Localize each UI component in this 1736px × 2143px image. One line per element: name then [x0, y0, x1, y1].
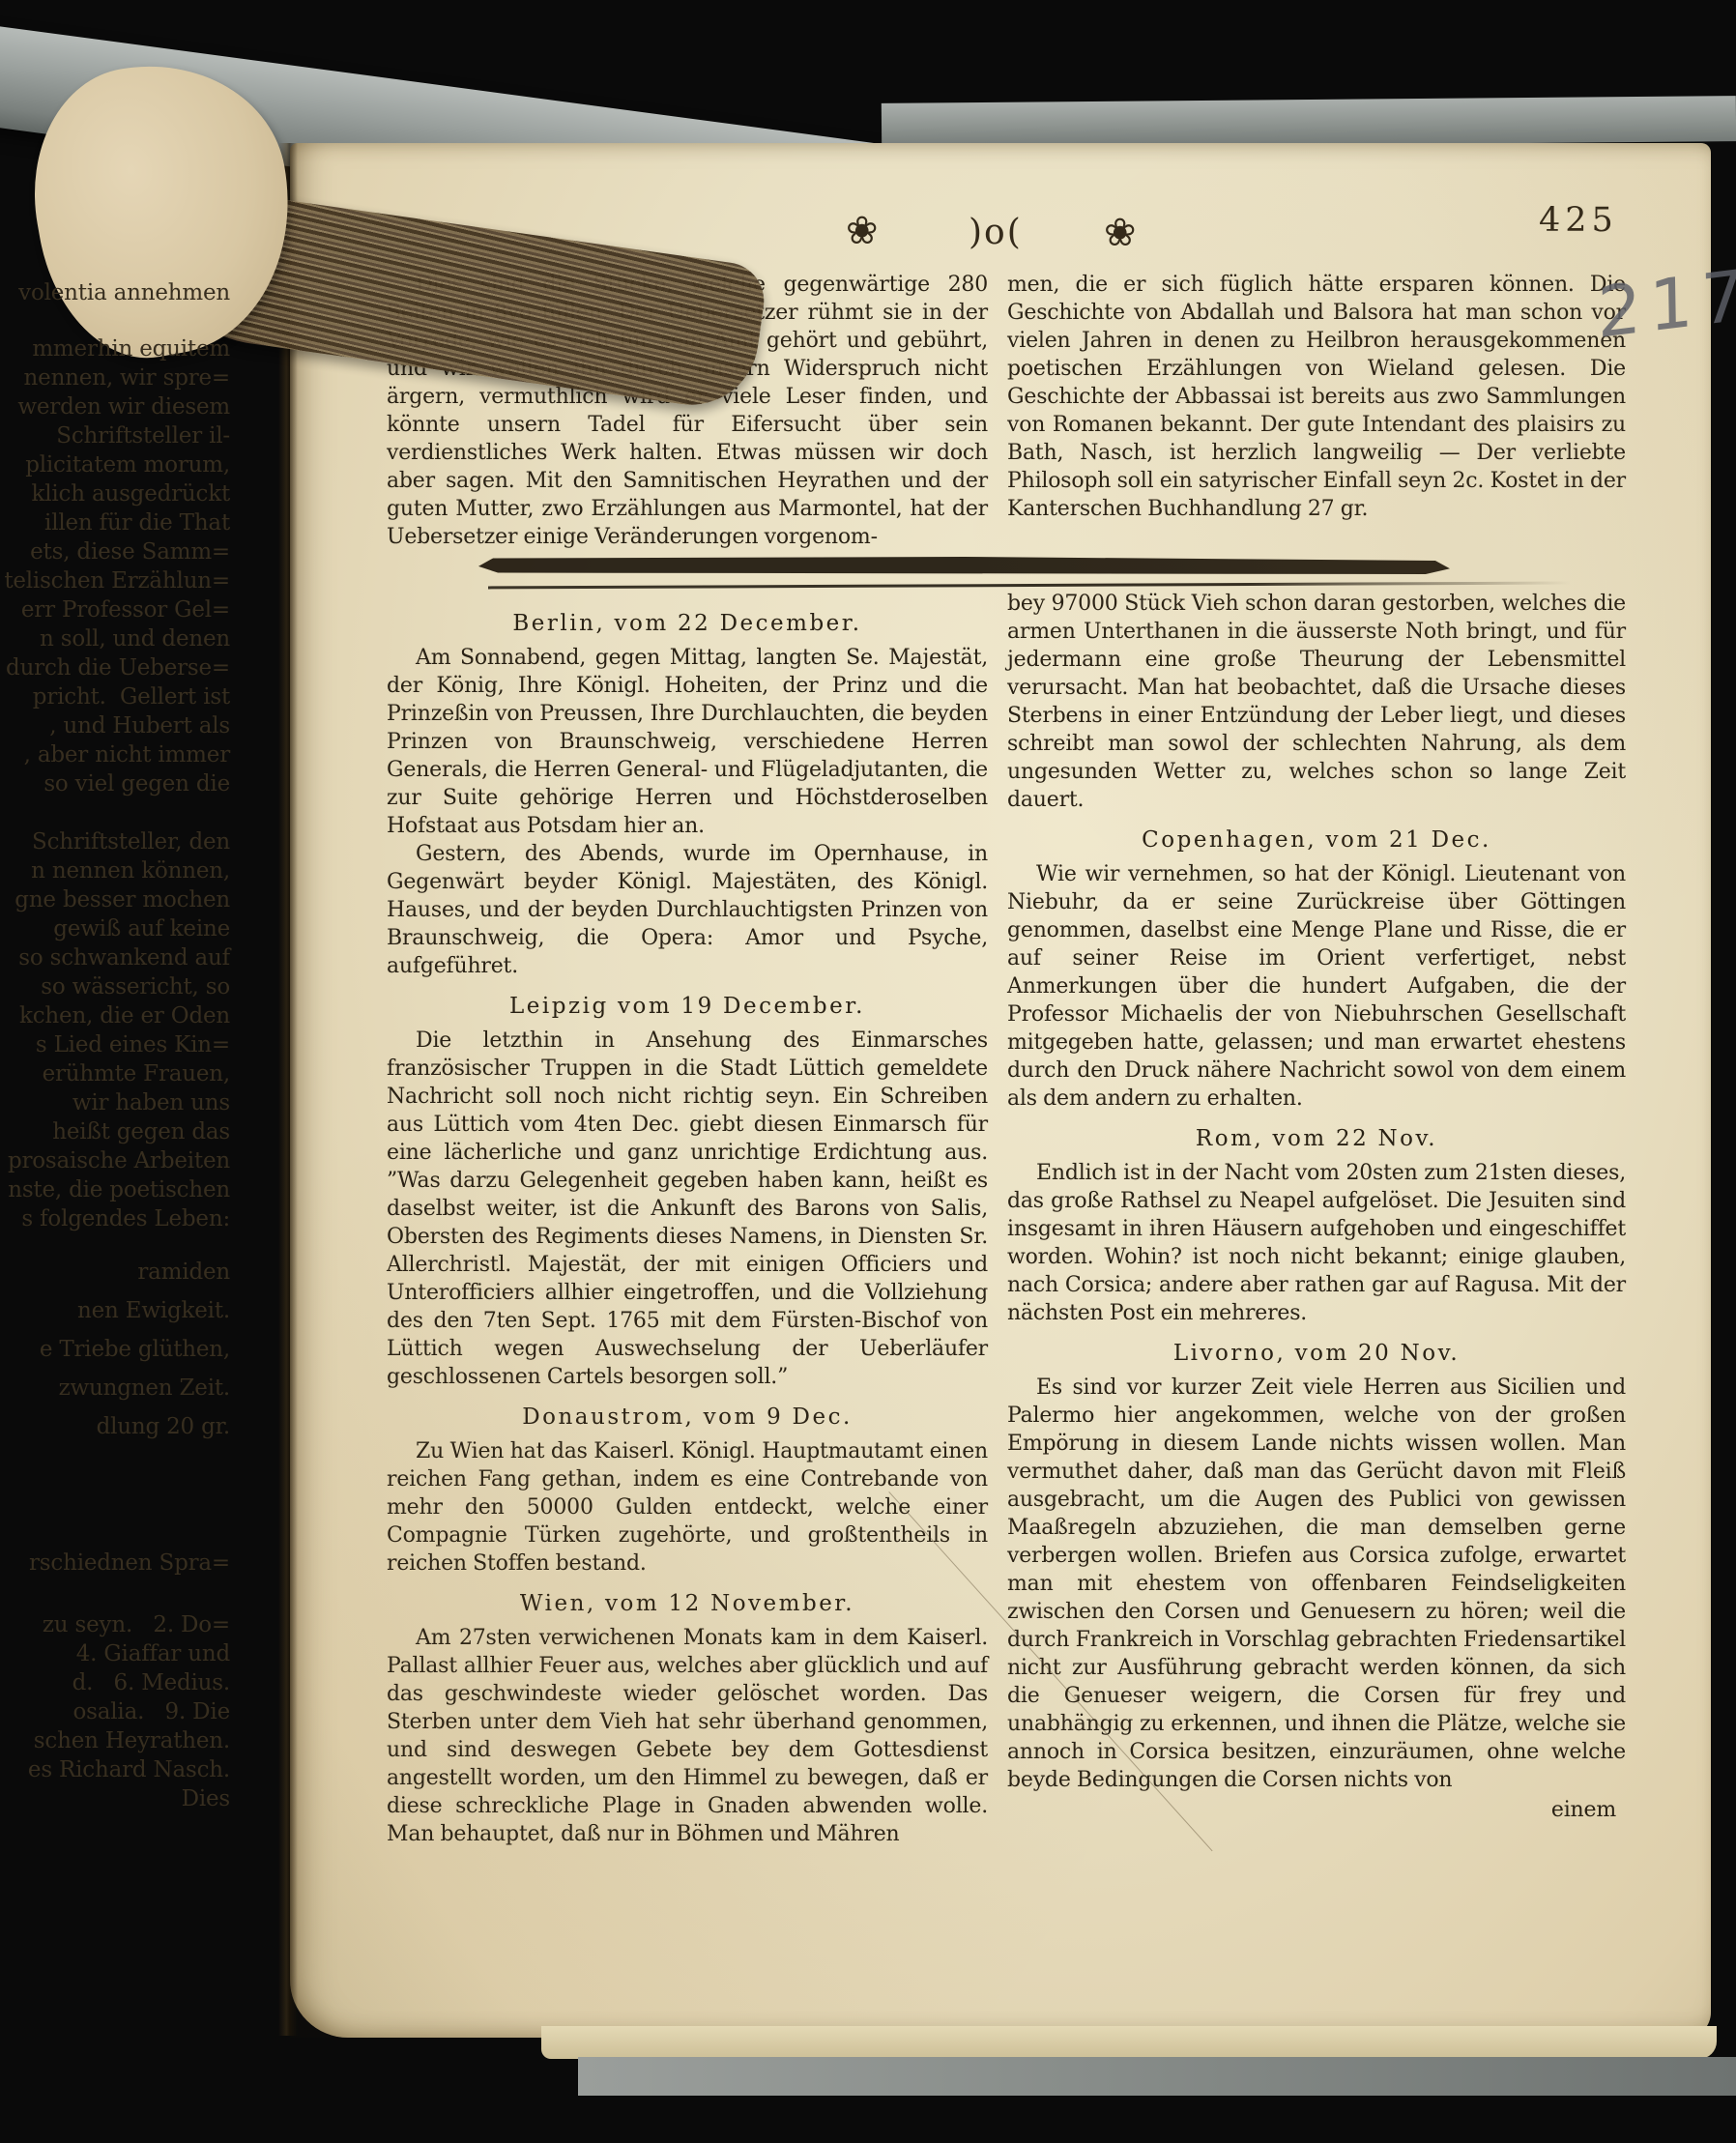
- catchword: einem: [1007, 1796, 1626, 1824]
- fragment-line: so wässericht, so: [4, 972, 230, 1001]
- fragment-line: pricht. Gellert ist: [4, 682, 230, 711]
- article-paragraph: Die letzthin in Ansehung des Einmarsches…: [387, 1027, 988, 1391]
- fragment-line: ramiden: [4, 1253, 230, 1291]
- fragment-line: kchen, die er Oden: [4, 1001, 230, 1030]
- fragment-line: err Professor Gel=: [4, 595, 230, 624]
- article-paragraph: Am Sonnabend, gegen Mittag, langten Se. …: [387, 644, 988, 840]
- article-paragraph: Wie wir vernehmen, so hat der Königl. Li…: [1007, 860, 1626, 1113]
- fragment-line: heißt gegen das: [4, 1117, 230, 1146]
- fragment-line: wir haben uns: [4, 1088, 230, 1117]
- section-divider-underline: [488, 582, 1571, 590]
- fragment-line: Dies: [4, 1784, 230, 1813]
- fragment-line: , und Hubert als: [4, 711, 230, 740]
- fragment-line: s Lied eines Kin=: [4, 1030, 230, 1059]
- fragment-line: so schwankend auf: [4, 943, 230, 972]
- prev-page-text-fragment: volentia annehmenmmerhin equitemnennen, …: [4, 278, 230, 1813]
- fragment-line: osalia. 9. Die: [4, 1697, 230, 1726]
- fragment-group: rschiednen Spra=: [4, 1549, 230, 1578]
- fragment-line: 4. Giaffar und: [4, 1639, 230, 1668]
- book-cover-edge-bottom: [578, 2057, 1736, 2096]
- fragment-line: Schriftsteller, den: [4, 827, 230, 856]
- fragment-line: so viel gegen die: [4, 769, 230, 798]
- article-paragraph: Endlich ist in der Nacht vom 20sten zum …: [1007, 1159, 1626, 1327]
- fragment-line: zu seyn. 2. Do=: [4, 1610, 230, 1639]
- fragment-line: Schriftsteller il-: [4, 421, 230, 450]
- page-number: 425: [1539, 201, 1618, 240]
- signature-mark: )o(: [969, 213, 1023, 252]
- article-paragraph: Am 27sten verwichenen Monats kam in dem …: [387, 1624, 988, 1848]
- shell-ornament-icon: ❀: [846, 209, 879, 253]
- section-divider-rule: [478, 557, 1450, 574]
- fragment-group: mmerhin equitemnennen, wir spre=werden w…: [4, 334, 230, 798]
- fragment-line: nste, die poetischen: [4, 1175, 230, 1204]
- fragment-line: illen für die That: [4, 508, 230, 537]
- section-heading: Livorno, vom 20 Nov.: [1007, 1340, 1626, 1368]
- fragment-group: Schriftsteller, denn nennen können,gne b…: [4, 827, 230, 1233]
- section-heading: Berlin, vom 22 December.: [387, 610, 988, 638]
- fragment-line: s folgendes Leben:: [4, 1204, 230, 1233]
- fragment-line: d. 6. Medius.: [4, 1668, 230, 1697]
- fragment-line: n soll, und denen: [4, 624, 230, 653]
- section-heading: Leipzig vom 19 December.: [387, 993, 988, 1021]
- news-column-right: bey 97000 Stück Vieh schon daran gestorb…: [1007, 590, 1626, 1824]
- article-paragraph: Gestern, des Abends, wurde im Opernhause…: [387, 840, 988, 980]
- fragment-line: es Richard Nasch.: [4, 1755, 230, 1784]
- fragment-line: gne besser mochen: [4, 885, 230, 914]
- fragment-line: mmerhin equitem: [4, 334, 230, 363]
- book-page: ❀ )o( ❀ 425 Dies sind die Stücke, welche…: [290, 143, 1711, 2038]
- book-gutter-shadow: [278, 143, 298, 2036]
- fragment-line: volentia annehmen: [4, 278, 230, 307]
- section-heading: Rom, vom 22 Nov.: [1007, 1125, 1626, 1153]
- fragment-line: klich ausgedrückt: [4, 479, 230, 508]
- fragment-line: telischen Erzählun=: [4, 566, 230, 595]
- article-paragraph: bey 97000 Stück Vieh schon daran gestorb…: [1007, 590, 1626, 814]
- fragment-group: zu seyn. 2. Do=4. Giaffar undd. 6. Mediu…: [4, 1610, 230, 1813]
- fragment-line: , aber nicht immer: [4, 740, 230, 769]
- fragment-line: erühmte Frauen,: [4, 1059, 230, 1088]
- fragment-line: schen Heyrathen.: [4, 1726, 230, 1755]
- section-heading: Donaustrom, vom 9 Dec.: [387, 1404, 988, 1432]
- fragment-line: prosaische Arbeiten: [4, 1146, 230, 1175]
- article-paragraph: men, die er sich füglich hätte ersparen …: [1007, 271, 1626, 523]
- page-bottom-edge: [541, 2026, 1717, 2059]
- fragment-line: werden wir diesem: [4, 392, 230, 421]
- fragment-line: dlung 20 gr.: [4, 1407, 230, 1446]
- shell-ornament-icon: ❀: [1104, 211, 1137, 255]
- fragment-line: plicitatem morum,: [4, 450, 230, 479]
- article-paragraph: Zu Wien hat das Kaiserl. Königl. Hauptma…: [387, 1437, 988, 1578]
- fragment-line: nennen, wir spre=: [4, 363, 230, 392]
- news-column-left: Berlin, vom 22 December.Am Sonnabend, ge…: [387, 597, 988, 1848]
- fragment-line: zwungnen Zeit.: [4, 1369, 230, 1407]
- fragment-line: gewiß auf keine: [4, 914, 230, 943]
- fragment-line: durch die Ueberse=: [4, 653, 230, 682]
- fragment-group: volentia annehmen: [4, 278, 230, 307]
- fragment-group: ramidennen Ewigkeit.e Triebe glüthen,zwu…: [4, 1253, 230, 1446]
- article-paragraph: Es sind vor kurzer Zeit viele Herren aus…: [1007, 1374, 1626, 1794]
- book-cover-edge-right: [882, 96, 1736, 149]
- section-heading: Wien, vom 12 November.: [387, 1590, 988, 1618]
- fragment-line: rschiednen Spra=: [4, 1549, 230, 1578]
- fragment-line: n nennen können,: [4, 856, 230, 885]
- fragment-line: nen Ewigkeit.: [4, 1291, 230, 1330]
- fragment-line: e Triebe glüthen,: [4, 1330, 230, 1369]
- review-column-right: men, die er sich füglich hätte ersparen …: [1007, 271, 1626, 523]
- fragment-line: ets, diese Samm=: [4, 537, 230, 566]
- scanned-book-photograph: ❀ )o( ❀ 425 Dies sind die Stücke, welche…: [0, 0, 1736, 2143]
- section-heading: Copenhagen, vom 21 Dec.: [1007, 826, 1626, 854]
